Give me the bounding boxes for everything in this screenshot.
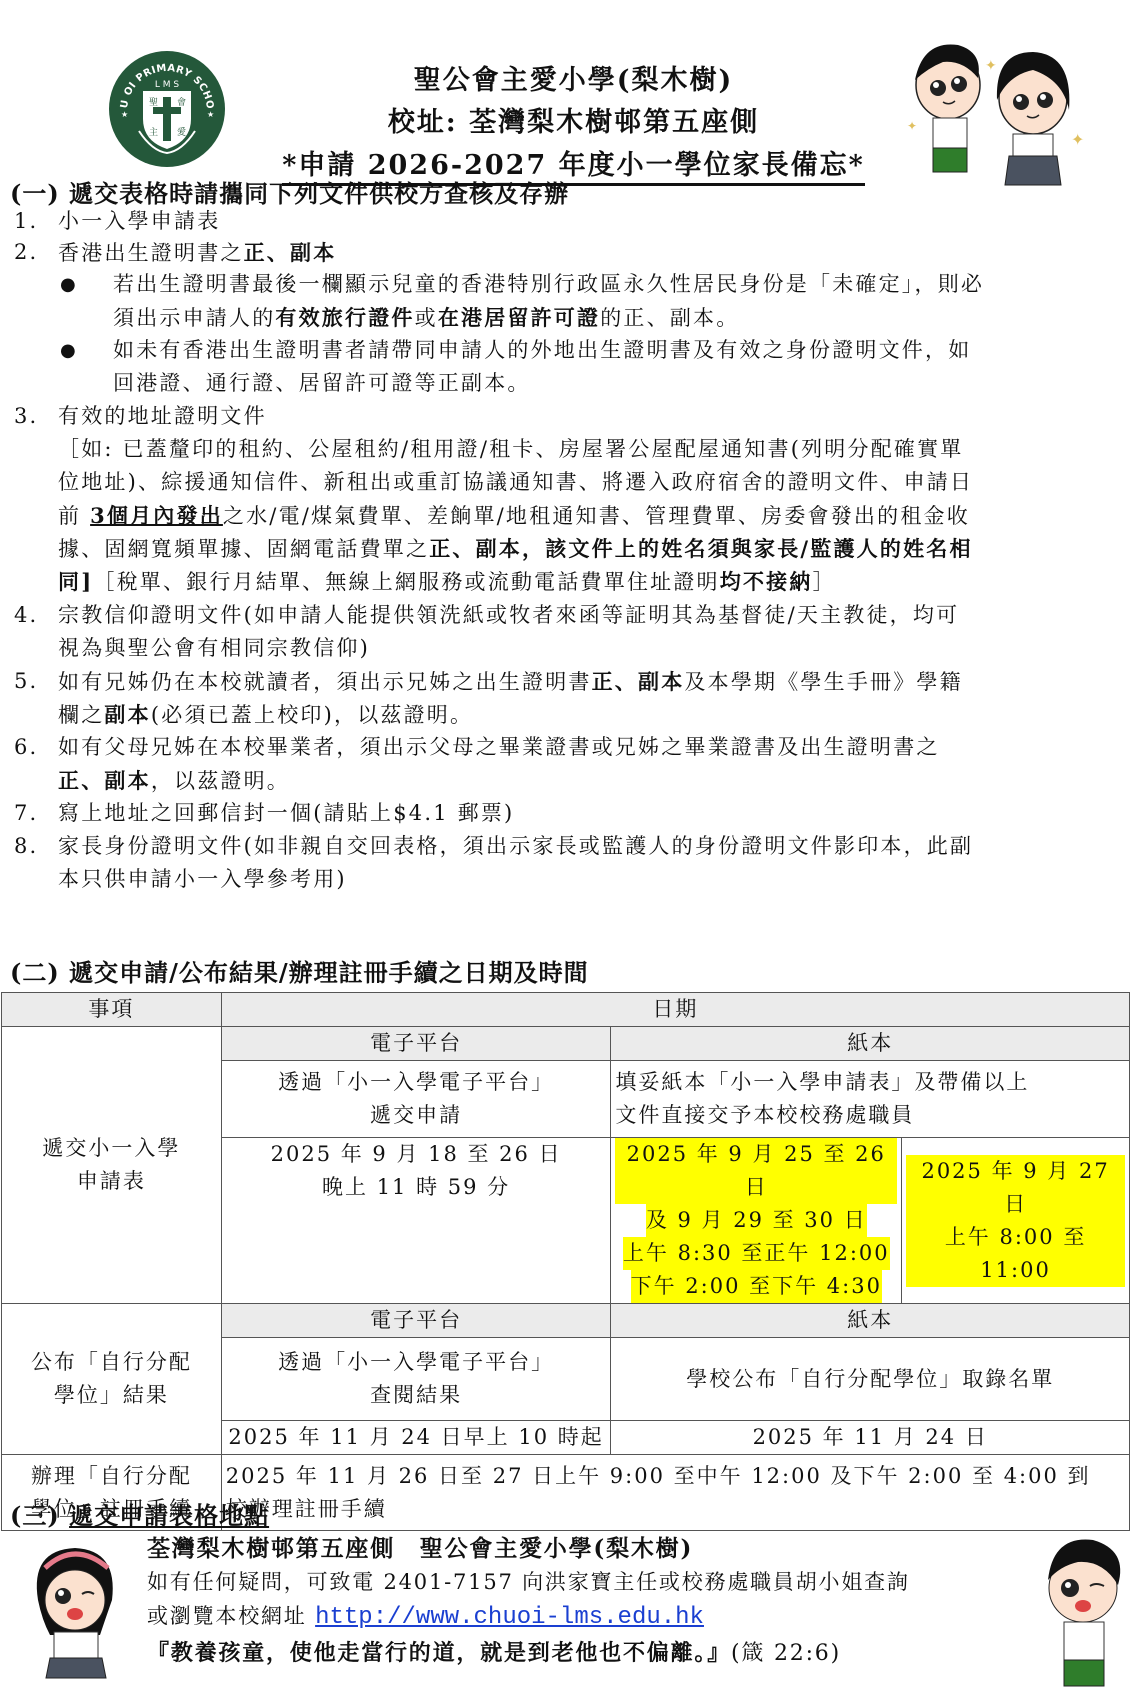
result-paper-date: 2025 年 11 月 24 日 xyxy=(611,1421,1130,1455)
paper-date-weekdays: 2025 年 9 月 25 至 26 日 及 9 月 29 至 30 日 上午 … xyxy=(611,1138,902,1304)
e-platform-desc: 透過「小一入學電子平台」 遞交申請 xyxy=(221,1061,611,1138)
list-item-8: 8. 家長身份證明文件(如非親自交回表格，須出示家長或監護人的身份證明文件影印本… xyxy=(0,830,1147,896)
col-header-item: 事項 xyxy=(2,993,222,1027)
list-item-7: 7. 寫上地址之回郵信封一個(請貼上$4.1 郵票) xyxy=(0,797,1147,830)
row-label-submit: 遞交小一入學 申請表 xyxy=(2,1027,222,1304)
website-line: 或瀏覽本校網址 http://www.chuoi-lms.edu.hk xyxy=(147,1600,704,1631)
col-header-date: 日期 xyxy=(221,993,1129,1027)
paper-date-saturday: 2025 年 9 月 27 日 上午 8:00 至 11:00 xyxy=(902,1138,1130,1304)
list-item-4: 4. 宗教信仰證明文件(如申請人能提供領洗紙或牧者來函等証明其為基督徒/天主教徒… xyxy=(0,599,1147,665)
list-item-3: 3. 有效的地址證明文件 ［如: 已蓋釐印的租約、公屋租約/租用證/租卡、房屋署… xyxy=(0,400,1147,600)
schedule-table: 事項 日期 遞交小一入學 申請表 電子平台 紙本 透過「小一入學電子平台」 遞交… xyxy=(1,992,1130,1531)
section1-heading: (一) 遞交表格時請攜同下列文件供校方查核及存辦 xyxy=(10,174,569,209)
students-illustration: ✦ ✦ ✦ xyxy=(903,30,1093,190)
svg-text:✦: ✦ xyxy=(1071,130,1084,149)
girl-illustration xyxy=(20,1540,130,1680)
section2-heading: (二) 遞交申請/公布結果/辦理註冊手續之日期及時間 xyxy=(10,953,589,988)
result-e-date: 2025 年 11 月 24 日早上 10 時起 xyxy=(221,1421,611,1455)
result-paper-desc: 學校公布「自行分配學位」取錄名單 xyxy=(611,1338,1130,1421)
enquiry-text: 如有任何疑問，可致電 2401-7157 向洪家寶主任或校務處職員胡小姐查詢 xyxy=(147,1566,910,1596)
boy-illustration xyxy=(1028,1530,1138,1690)
row-label-result: 公布「自行分配 學位」結果 xyxy=(2,1304,222,1455)
list-item-6: 6. 如有父母兄姊在本校畢業者，須出示父母之畢業證書或兄姊之畢業證書及出生證明書… xyxy=(0,731,1147,797)
bullet-item-2: ● 如未有香港出生證明書者請帶同申請人的外地出生證明書及有效之身份證明文件，如 … xyxy=(0,334,1147,400)
website-link[interactable]: http://www.chuoi-lms.edu.hk xyxy=(315,1604,704,1631)
svg-text:✦: ✦ xyxy=(985,58,997,74)
section3-heading: (三) 遞交申請表格地點 xyxy=(10,1496,269,1531)
register-text: 2025 年 11 月 26 日至 27 日上午 9:00 至中午 12:00 … xyxy=(221,1455,1129,1531)
bullet-icon: ● xyxy=(60,268,78,301)
bullet-item-1: ● 若出生證明書最後一欄顯示兒童的香港特別行政區永久性居民身份是「未確定」，則必… xyxy=(0,268,1147,334)
subheader-paper-2: 紙本 xyxy=(611,1304,1130,1338)
svg-text:✦: ✦ xyxy=(907,119,917,133)
paper-desc: 填妥紙本「小一入學申請表」及帶備以上 文件直接交予本校校務處職員 xyxy=(611,1061,1130,1138)
e-platform-date: 2025 年 9 月 18 至 26 日 晚上 11 時 59 分 xyxy=(221,1138,611,1304)
subheader-paper: 紙本 xyxy=(611,1027,1130,1061)
list-item-1: 1. 小一入學申請表 xyxy=(0,205,1147,238)
result-e-desc: 透過「小一入學電子平台」 查閱結果 xyxy=(221,1338,611,1421)
bullet-icon: ● xyxy=(60,334,78,367)
bible-verse: 『教養孩童，使他走當行的道，就是到老他也不偏離。』(箴 22:6) xyxy=(147,1636,841,1667)
list-item-5: 5. 如有兄姊仍在本校就讀者，須出示兄姊之出生證明書正、副本及本學期《學生手冊》… xyxy=(0,665,1147,731)
subheader-e-platform: 電子平台 xyxy=(221,1027,611,1061)
subheader-e-platform-2: 電子平台 xyxy=(221,1304,611,1338)
location-text: 荃灣梨木樹邨第五座側 聖公會主愛小學(梨木樹) xyxy=(147,1530,693,1563)
list-item-2: 2. 香港出生證明書之正、副本 xyxy=(0,236,1147,269)
